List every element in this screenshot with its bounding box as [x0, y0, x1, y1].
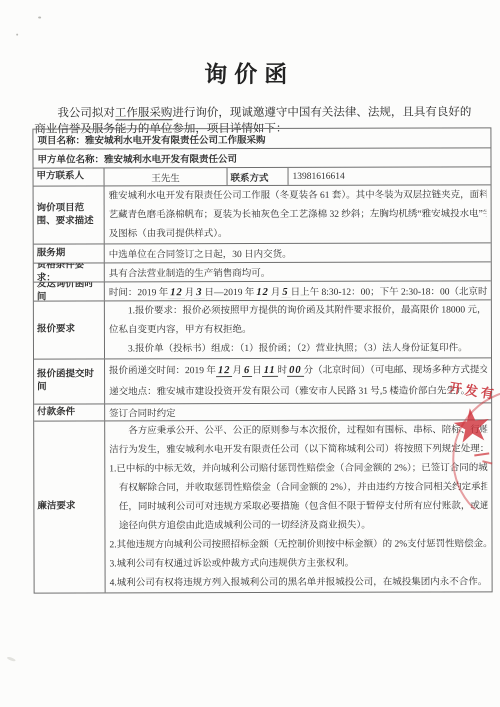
table-row-project-name: 项目名称：雅安城利水电开发有限责任公司工作服采购 — [33, 128, 490, 148]
table-row-payment: 付款条件 签订合同时约定 — [34, 402, 491, 420]
handwritten-submit-minute: 00 — [287, 365, 304, 377]
submit-day-char: 日 — [252, 366, 262, 376]
scope-label: 询价项目范围、要求描述 — [34, 186, 105, 243]
submit-time-post: 分（北京时间）（可电邮、现场多种方式提交）。 — [304, 365, 487, 376]
submit-hour-char: 时 — [278, 366, 288, 376]
integrity-line: 各方应秉承公开、公平、公正的原则参与本次报价，过程如有围标、串标、陪标、行贿等不… — [109, 421, 487, 441]
integrity-content: 各方应秉承公开、公平、公正的原则参与本次报价，过程如有围标、串标、陪标、行贿等不… — [105, 420, 491, 592]
submit-time-line-2: 递交地点：雅安城市建设投资开发有限公司（雅安市人民路 31 号,5 楼造价部白先… — [109, 381, 487, 403]
payment-value: 签订合同时约定 — [105, 403, 491, 420]
handwritten-month-1: 12 — [168, 287, 185, 298]
contact-name: 王先生 — [105, 168, 228, 185]
handwritten-month-2: 12 — [254, 287, 271, 298]
contact-label: 甲方联系人 — [34, 168, 105, 185]
scope-label-text: 询价项目范围、要求描述 — [37, 202, 100, 228]
table-row-submit-time: 报价函提交时间 报价函递交时间：2019 年12月6日11时00分（北京时间）（… — [34, 357, 491, 403]
quote-req-line: 1.报价要求：报价必须按照甲方提供的询价函及其附件要求报价，最高限价 18000… — [109, 301, 487, 321]
service-period-label: 服务期 — [34, 244, 105, 262]
send-time-label: 发送询价函时间 — [34, 282, 105, 300]
table-row-party-a-name: 甲方单位名称：雅安城利水电开发有限责任公司 — [33, 147, 490, 167]
send-time-value: 时间：2019 年12月3日—2019 年12月5日上午 8:30-12：00；… — [105, 281, 491, 300]
scanned-document-page: 询价函 我公司拟对工作服采购进行询价，现诚邀遵守中国有关法律、法规，且具有良好的… — [0, 0, 500, 707]
submit-time-content: 报价函递交时间：2019 年12月6日11时00分（北京时间）（可电邮、现场多种… — [105, 358, 491, 403]
scope-line: 雅安城利水电开发有限责任公司工作服（冬夏装各 61 套）。其中冬装为双层拉链夹克… — [109, 186, 487, 206]
table-row-integrity: 廉洁要求 各方应秉承公开、公平、公正的原则参与本次报价，过程如有围标、串标、陪标… — [34, 419, 491, 592]
integrity-line: 任，同时城利公司可对违规方采取必要措施（包含但不限于暂停支付所有应付账款，或通过… — [109, 497, 487, 517]
underlined-procurement-term: 工作服采购 — [115, 107, 173, 120]
table-row-quote-requirements: 报价要求 1.报价要求：报价必须按照甲方提供的询价函及其附件要求报价，最高限价 … — [34, 299, 491, 358]
send-time-pre: 时间：2019 年 — [109, 288, 168, 298]
submit-month-char: 月 — [232, 366, 242, 376]
submit-time-line-1: 报价函递交时间：2019 年12月6日11时00分（北京时间）（可电邮、现场多种… — [109, 359, 487, 382]
handwritten-submit-hour: 11 — [262, 365, 278, 377]
handwritten-day-1: 3 — [194, 287, 204, 298]
integrity-line: 4.城利公司有权将违规方列入报城利公司的黑名单并报城投公司，在城投集团内永不合作… — [110, 573, 488, 592]
send-time-month-char-1: 月 — [185, 288, 195, 298]
quote-req-line: 3.报价单（投标书）组成：（1）报价函；（2）营业执照；（3）法人身份证复印件。 — [109, 339, 487, 358]
table-row-contact: 甲方联系人 王先生 联系方式 13981616614 — [34, 166, 491, 185]
contact-method-label: 联系方式 — [228, 168, 289, 185]
submit-time-pre: 报价函递交时间：2019 年 — [109, 366, 216, 376]
submit-time-label: 报价函提交时间 — [34, 359, 105, 403]
payment-label: 付款条件 — [34, 404, 105, 420]
scope-content: 雅安城利水电开发有限责任公司工作服（冬夏装各 61 套）。其中冬装为双层拉链夹克… — [105, 185, 491, 243]
contact-phone: 13981616614 — [289, 167, 491, 185]
send-time-composite: 时间：2019 年12月3日—2019 年12月5日上午 8:30-12：00；… — [109, 283, 487, 298]
service-period-value: 中选单位在合同签订之日起，30 日内交货。 — [105, 243, 491, 262]
integrity-line: 1.已中标的中标无效，并向城利公司赔付惩罚性赔偿金（合同金额的 2%）；已签订合… — [109, 459, 487, 479]
integrity-line: 3.城利公司有权通过诉讼或仲裁方式向违规供方主张权利。 — [110, 554, 488, 574]
scan-speck — [16, 34, 18, 36]
quote-req-line: 位私自变更内容，甲方有权拒绝。 — [109, 320, 487, 340]
project-name-cell: 项目名称：雅安城利水电开发有限责任公司工作服采购 — [33, 128, 490, 148]
table-row-qualification: 资格条件要求： 具有合法营业制造的生产销售商均可。 — [34, 261, 491, 281]
handwritten-submit-month: 12 — [216, 365, 233, 377]
send-time-post: 日上午 8:30-12：00；下午 2:30-18：00（北京时间）。 — [291, 287, 487, 298]
send-time-month-char-2: 月 — [271, 288, 281, 298]
send-time-mid: 日—2019 年 — [204, 288, 254, 298]
table-row-service-period: 服务期 中选单位在合同签订之日起，30 日内交货。 — [34, 242, 491, 262]
document-title: 询价函 — [0, 55, 499, 89]
inquiry-details-table: 项目名称：雅安城利水电开发有限责任公司工作服采购 甲方单位名称：雅安城利水电开发… — [32, 127, 492, 593]
scan-speck — [38, 17, 41, 19]
red-official-seal-partial: 开发有 ★ — [438, 377, 500, 509]
integrity-line: 洁行为发生，雅安城利水电开发有限责任公司（以下简称城利公司）将按照下列规定处理： — [109, 440, 487, 460]
handwritten-submit-day: 6 — [242, 365, 252, 377]
party-a-name-cell: 甲方单位名称：雅安城利水电开发有限责任公司 — [33, 148, 490, 167]
integrity-line: 途径向供方追偿由此造成城利公司的一切经济及商业损失）。 — [109, 516, 487, 536]
integrity-line: 有权解除合同，并收取惩罚性赔偿金（合同金额的 2%），并由违约方按合同相关约定承… — [109, 478, 487, 498]
table-row-send-time: 发送询价函时间 时间：2019 年12月3日—2019 年12月5日上午 8:3… — [34, 280, 491, 300]
scope-line: 艺藏青色磨毛涤棉帆布；夏装为长袖灰色全工艺涤棉 32 纱斜；左胸均机绣“雅安城投… — [109, 205, 487, 225]
scan-speck — [7, 656, 16, 662]
scope-line: 及图标（由我司提供样式）。 — [109, 224, 487, 243]
table-row-scope: 询价项目范围、要求描述 雅安城利水电开发有限责任公司工作服（冬夏装各 61 套）… — [34, 184, 491, 243]
quote-requirements-label: 报价要求 — [34, 301, 105, 358]
quote-requirements-content: 1.报价要求：报价必须按照甲方提供的询价函及其附件要求报价，最高限价 18000… — [105, 300, 491, 358]
handwritten-day-2: 5 — [280, 287, 290, 298]
qualification-value: 具有合法营业制造的生产销售商均可。 — [105, 262, 491, 281]
seal-star-icon: ★ — [449, 401, 495, 451]
integrity-line: 2.其他违规方向城利公司按照招标金额（无控制价则按中标金额）的 2%支付惩罚性赔… — [109, 535, 487, 555]
qualification-label: 资格条件要求： — [34, 263, 105, 281]
integrity-label: 廉洁要求 — [34, 421, 105, 592]
intro-text-pre: 我公司拟对 — [57, 107, 115, 119]
